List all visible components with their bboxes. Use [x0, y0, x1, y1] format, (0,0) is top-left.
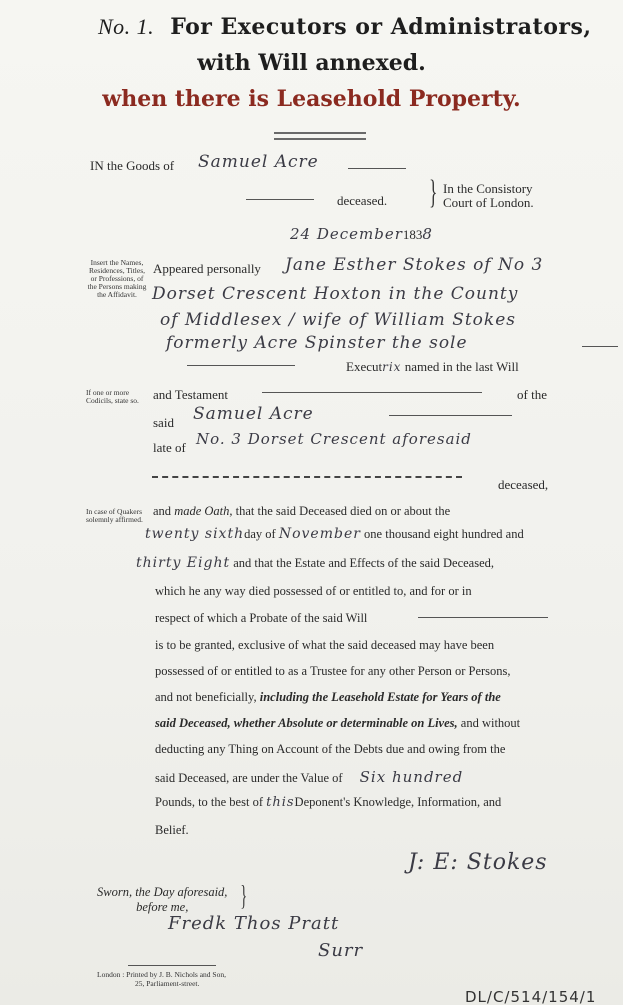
oath-line-9-plain: and without [461, 716, 520, 730]
value-handwritten: Six hundred [360, 768, 464, 786]
oath-line-2-rest: one thousand eight hundred and [364, 527, 524, 541]
oath-line-12-prefix: Pounds, to the best of [155, 795, 263, 809]
oath-line-5: respect of which a Probate of the said W… [155, 611, 367, 626]
pen-stroke [582, 346, 618, 347]
oath-line-4: which he any way died possessed of or en… [155, 584, 472, 599]
month-handwritten: November [279, 526, 361, 542]
named-text: named in the last Will [405, 359, 519, 374]
pen-stroke [389, 415, 512, 416]
oath-line-9-italic: said Deceased, whether Absolute or deter… [155, 716, 458, 730]
margin-note-names: Insert the Names, Residences, Titles, or… [87, 259, 147, 299]
deponent-line-4: formerly Acre Spinster the sole [166, 333, 468, 353]
title-text-1: For Executors or Administrators, [170, 14, 591, 40]
officer-title: Surr [318, 940, 363, 961]
executor-line: Executrix named in the last Will [346, 359, 519, 375]
dash-stroke [152, 476, 462, 478]
oath-line-11: said Deceased, are under the Value of Si… [155, 768, 463, 786]
margin-note-quakers: In case of Quakers solemnly affirmed. [86, 508, 146, 524]
oath-and: and [153, 504, 171, 518]
said-label: said [153, 415, 174, 431]
form-number: No. 1. [98, 14, 154, 39]
deponent-line-2: Dorset Crescent Hoxton in the County [152, 284, 518, 304]
oath-line-9: said Deceased, whether Absolute or deter… [155, 716, 520, 731]
executor-prefix: Execut [346, 359, 382, 374]
printer-line-1: London : Printed by J. B. Nichols and So… [97, 970, 226, 979]
pen-stroke [418, 617, 548, 618]
date-year-digit: 8 [422, 225, 433, 243]
oath-line-3-rest: and that the Estate and Effects of the s… [233, 556, 494, 570]
oath-line-8-plain: and not beneficially, [155, 690, 257, 704]
date-handwritten: 24 December [290, 225, 403, 243]
double-rule-divider [274, 132, 366, 140]
oath-line-8-italic: including the Leasehold Estate for Years… [260, 690, 501, 704]
oath-line-8: and not beneficially, including the Leas… [155, 690, 501, 705]
pen-stroke [187, 365, 295, 366]
oath-line-1: and made Oath, that the said Deceased di… [153, 504, 450, 519]
brace-icon: } [429, 176, 437, 210]
said-name-handwritten: Samuel Acre [193, 404, 314, 424]
oath-line-12-rest: Deponent's Knowledge, Information, and [295, 795, 502, 809]
deponent-signature: J: E: Stokes [408, 850, 548, 875]
date-printed-year: 183 [403, 227, 423, 242]
deponent-line-3: of Middlesex / wife of William Stokes [160, 310, 516, 330]
court-name: In the Consistory Court of London. [443, 182, 534, 210]
year-handwritten: thirty Eight [136, 555, 230, 571]
appeared-label: Appeared personally [153, 261, 261, 277]
pen-stroke [348, 168, 406, 169]
oath-line-1-rest: that the said Deceased died on or about … [236, 504, 451, 518]
pen-stroke [246, 199, 314, 200]
goods-label: IN the Goods of [90, 158, 174, 174]
late-of-handwritten: No. 3 Dorset Crescent aforesaid [196, 430, 472, 448]
oath-line-3: thirty Eight and that the Estate and Eff… [136, 555, 494, 571]
document-page: No. 1. For Executors or Administrators, … [0, 0, 623, 1005]
printer-line-2: 25, Parliament-street. [97, 979, 226, 988]
day-handwritten: twenty sixth [145, 526, 244, 542]
oath-line-11-text: said Deceased, are under the Value of [155, 771, 343, 785]
oath-made-oath: made Oath, [174, 504, 232, 518]
deceased-label: deceased. [337, 193, 387, 209]
title-line-3-leasehold: when there is Leasehold Property. [0, 86, 623, 112]
executor-suffix-handwritten: rix [382, 360, 401, 374]
court-line-2: Court of London. [443, 196, 534, 210]
day-of-label: day of [244, 527, 276, 541]
margin-note-codicils: If one or more Codicils, state so. [86, 389, 148, 405]
brace-icon: } [240, 880, 247, 914]
goods-name-handwritten: Samuel Acre [198, 152, 319, 172]
sworn-block: Sworn, the Day aforesaid, before me, [97, 885, 227, 915]
deponent-this-handwritten: this [266, 795, 294, 810]
title-line-2: with Will annexed. [0, 50, 623, 76]
deponent-line-1: Jane Esther Stokes of No 3 [285, 255, 543, 275]
printer-imprint: London : Printed by J. B. Nichols and So… [97, 970, 226, 988]
officer-signature: Fredk Thos Pratt [168, 913, 339, 934]
oath-line-10: deducting any Thing on Account of the De… [155, 742, 505, 757]
sworn-line-1: Sworn, the Day aforesaid, [97, 885, 227, 900]
oath-line-12: Pounds, to the best of thisDeponent's Kn… [155, 795, 501, 810]
oath-line-2: twenty sixthday of November one thousand… [145, 526, 524, 542]
testament-label: and Testament [153, 387, 228, 403]
deceased-label-2: deceased, [498, 477, 548, 493]
of-the-label: of the [517, 387, 547, 403]
date: 24 December1838 [290, 225, 433, 244]
late-of-label: late of [153, 440, 186, 456]
oath-line-6: is to be granted, exclusive of what the … [155, 638, 494, 653]
court-line-1: In the Consistory [443, 182, 534, 196]
oath-line-13: Belief. [155, 823, 189, 838]
pen-stroke [262, 392, 482, 393]
title-line-1: No. 1. For Executors or Administrators, [98, 14, 592, 40]
archive-reference: DL/C/514/154/1 [465, 988, 596, 1005]
oath-line-7: possessed of or entitled to as a Trustee… [155, 664, 511, 679]
printer-rule [128, 965, 216, 966]
